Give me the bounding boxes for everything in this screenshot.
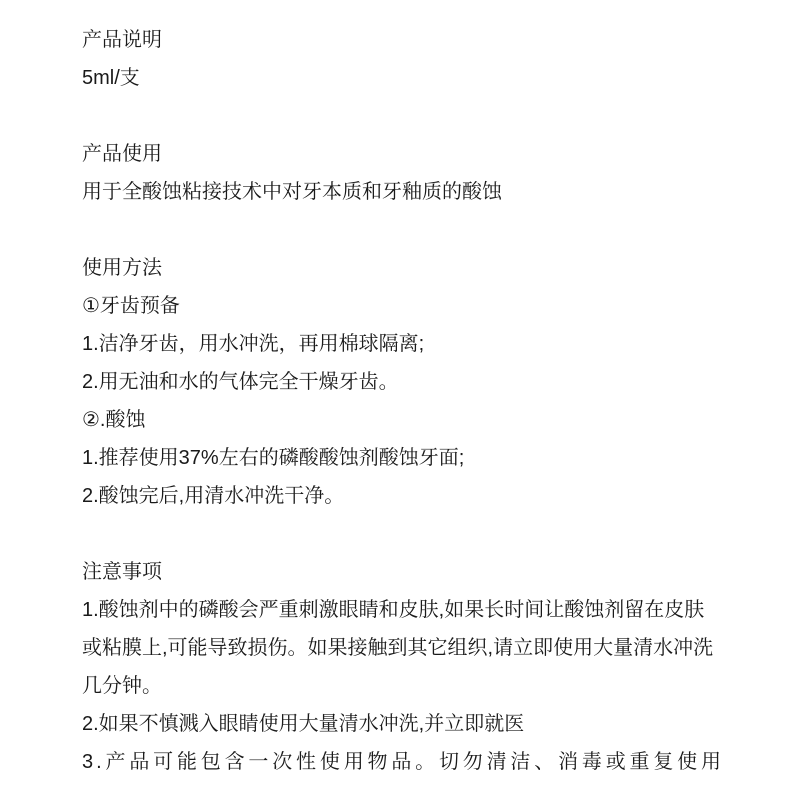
text-line: 3.产品可能包含一次性使用物品。切勿清洁、消毒或重复使用 bbox=[82, 743, 724, 781]
text-line: 1.酸蚀剂中的磷酸会严重刺激眼睛和皮肤,如果长时间让酸蚀剂留在皮肤 bbox=[82, 591, 723, 629]
text-line: ①牙齿预备 bbox=[82, 287, 723, 325]
text-line: 1.洁净牙齿，用水冲洗，再用棉球隔离; bbox=[82, 325, 723, 363]
section-heading: 产品说明 bbox=[82, 21, 723, 59]
text-line: 或粘膜上,可能导致损伤。如果接触到其它组织,请立即使用大量清水冲洗 bbox=[82, 629, 723, 667]
text-line: 用于全酸蚀粘接技术中对牙本质和牙釉质的酸蚀 bbox=[82, 173, 723, 211]
section-usage-method: 使用方法 ①牙齿预备 1.洁净牙齿，用水冲洗，再用棉球隔离; 2.用无油和水的气… bbox=[82, 249, 723, 515]
section-heading: 使用方法 bbox=[82, 249, 723, 287]
text-line: ②.酸蚀 bbox=[82, 401, 723, 439]
text-line: 5ml/支 bbox=[82, 59, 723, 97]
section-precautions: 注意事项 1.酸蚀剂中的磷酸会严重刺激眼睛和皮肤,如果长时间让酸蚀剂留在皮肤 或… bbox=[82, 553, 723, 781]
section-product-spec: 产品说明 5ml/支 bbox=[82, 21, 723, 97]
text-line: 几分钟。 bbox=[82, 667, 723, 705]
text-line: 2.用无油和水的气体完全干燥牙齿。 bbox=[82, 363, 723, 401]
product-description-document: 产品说明 5ml/支 产品使用 用于全酸蚀粘接技术中对牙本质和牙釉质的酸蚀 使用… bbox=[0, 0, 803, 781]
text-line: 1.推荐使用37%左右的磷酸酸蚀剂酸蚀牙面; bbox=[82, 439, 723, 477]
section-heading: 注意事项 bbox=[82, 553, 723, 591]
section-heading: 产品使用 bbox=[82, 135, 723, 173]
section-product-use: 产品使用 用于全酸蚀粘接技术中对牙本质和牙釉质的酸蚀 bbox=[82, 135, 723, 211]
text-line: 2.酸蚀完后,用清水冲洗干净。 bbox=[82, 477, 723, 515]
text-line: 2.如果不慎溅入眼睛使用大量清水冲洗,并立即就医 bbox=[82, 705, 723, 743]
